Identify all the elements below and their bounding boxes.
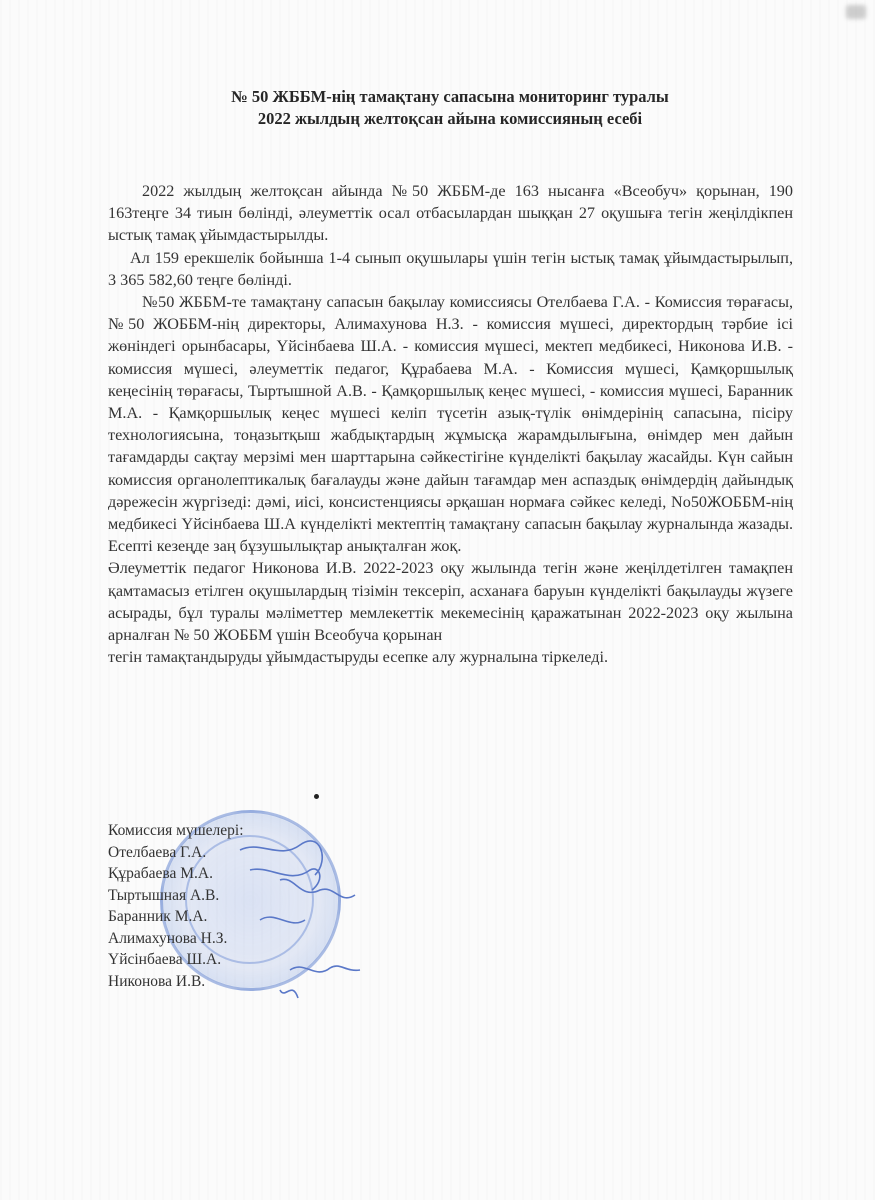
scan-mark [846,5,866,19]
paragraph-primary-grades: Ал 159 ерекшелік бойынша 1-4 сынып оқушы… [108,247,793,291]
document-body: 2022 жылдың желтоқсан айында №50 ЖББМ-де… [108,180,793,668]
title-line-1: № 50 ЖББМ-нің тамақтану сапасына монитор… [100,86,800,108]
paragraph-social-pedagogue: Әлеуметтік педагог Никонова И.В. 2022-20… [108,557,793,646]
paragraph-journal: тегін тамақтандыруды ұйымдастыруды есепк… [108,646,793,668]
handwritten-signatures [220,830,380,1010]
scanned-page: № 50 ЖББМ-нің тамақтану сапасына монитор… [0,0,875,1200]
paragraph-commission: №50 ЖББМ-те тамақтану сапасын бақылау ко… [108,291,793,557]
paragraph-funding: 2022 жылдың желтоқсан айында №50 ЖББМ-де… [108,180,793,247]
ink-dot [314,794,319,799]
title-line-2: 2022 жылдың желтоқсан айына комиссияның … [100,108,800,130]
document-title: № 50 ЖББМ-нің тамақтану сапасына монитор… [100,86,800,130]
